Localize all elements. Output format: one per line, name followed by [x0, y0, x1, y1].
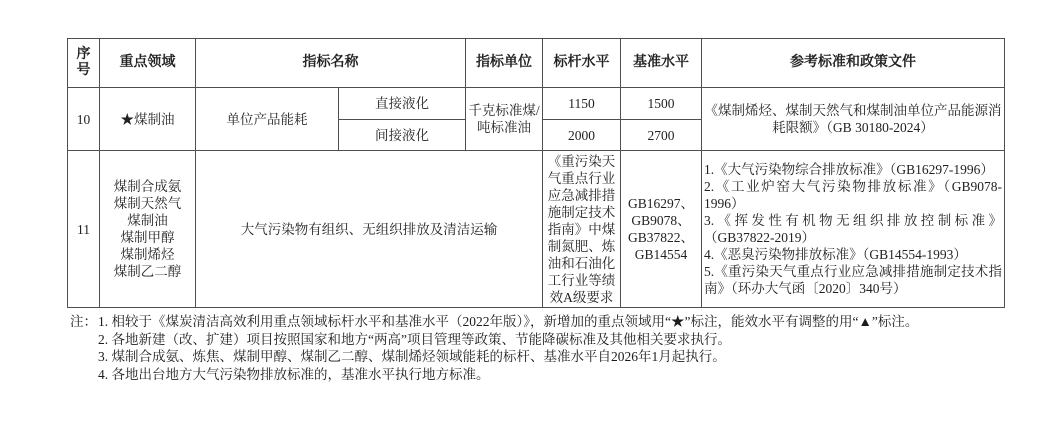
row11-reference-3: 3.《挥发性有机物无组织排放控制标准》（GB37822-2019）	[704, 212, 1002, 246]
header-area: 重点领域	[100, 39, 196, 88]
row11-baseline: GB16297、 GB9078、 GB37822、 GB14554	[621, 151, 702, 308]
header-benchmark: 标杆水平	[543, 39, 621, 88]
header-no: 序 号	[68, 39, 100, 88]
row11-reference-4: 4.《恶臭污染物排放标准》（GB14554-1993）	[704, 246, 1002, 263]
row10-unit: 千克标准煤/吨标准油	[466, 88, 543, 151]
standards-table-wrapper: 序 号 重点领域 指标名称 指标单位 标杆水平 基准水平 参考标准和政策文件 1…	[67, 38, 1005, 308]
row11-references: 1.《大气污染物综合排放标准》（GB16297-1996） 2.《工业炉窑大气污…	[702, 151, 1005, 308]
row10-baseline-direct: 1500	[621, 88, 702, 120]
header-indicator: 指标名称	[196, 39, 466, 88]
row11-reference-5: 5.《重污染天气重点行业应急减排措施制定技术指南》（环办大气函〔2020〕340…	[704, 263, 1002, 297]
row-11: 11 煤制合成氨 煤制天然气 煤制油 煤制甲醇 煤制烯烃 煤制乙二醇 大气污染物…	[68, 151, 1005, 308]
row11-reference-2: 2.《工业炉窑大气污染物排放标准》（GB9078-1996）	[704, 178, 1002, 212]
row10-benchmark-indirect: 2000	[543, 120, 621, 151]
footnote-1: 1. 相较于《煤炭清洁高效利用重点领域标杆水平和基准水平（2022年版）》，新增…	[98, 313, 1038, 331]
header-row: 序 号 重点领域 指标名称 指标单位 标杆水平 基准水平 参考标准和政策文件	[68, 39, 1005, 88]
footnotes-label: 注：	[70, 313, 97, 331]
row10-no: 10	[68, 88, 100, 151]
row11-indicator: 大气污染物有组织、无组织排放及清洁运输	[196, 151, 543, 308]
standards-table: 序 号 重点领域 指标名称 指标单位 标杆水平 基准水平 参考标准和政策文件 1…	[67, 38, 1005, 308]
footnote-4: 4. 各地出台地方大气污染物排放标准的，基准水平执行地方标准。	[98, 366, 1038, 384]
row10-area: ★煤制油	[100, 88, 196, 151]
row11-benchmark: 《重污染天气重点行业应急减排措施制定技术指南》中煤制氮肥、炼油和石油化工行业等绩…	[543, 151, 621, 308]
row10-benchmark-direct: 1150	[543, 88, 621, 120]
row-10-direct: 10 ★煤制油 单位产品能耗 直接液化 千克标准煤/吨标准油 1150 1500…	[68, 88, 1005, 120]
header-baseline: 基准水平	[621, 39, 702, 88]
header-unit: 指标单位	[466, 39, 543, 88]
row11-area: 煤制合成氨 煤制天然气 煤制油 煤制甲醇 煤制烯烃 煤制乙二醇	[100, 151, 196, 308]
row11-reference-1: 1.《大气污染物综合排放标准》（GB16297-1996）	[704, 161, 1002, 178]
header-reference: 参考标准和政策文件	[702, 39, 1005, 88]
footnote-3: 3. 煤制合成氨、炼焦、煤制甲醇、煤制乙二醇、煤制烯烃领域能耗的标杆、基准水平自…	[98, 348, 1038, 366]
row10-sub-direct: 直接液化	[339, 88, 466, 120]
footnote-2: 2. 各地新建（改、扩建）项目按照国家和地方“两高”项目管理等政策、节能降碳标准…	[98, 331, 1038, 349]
row10-reference: 《煤制烯烃、煤制天然气和煤制油单位产品能源消耗限额》（GB 30180-2024…	[702, 88, 1005, 151]
row10-baseline-indirect: 2700	[621, 120, 702, 151]
row10-indicator: 单位产品能耗	[196, 88, 339, 151]
row10-sub-indirect: 间接液化	[339, 120, 466, 151]
footnotes: 注： 1. 相较于《煤炭清洁高效利用重点领域标杆水平和基准水平（2022年版）》…	[70, 313, 1038, 383]
row11-no: 11	[68, 151, 100, 308]
